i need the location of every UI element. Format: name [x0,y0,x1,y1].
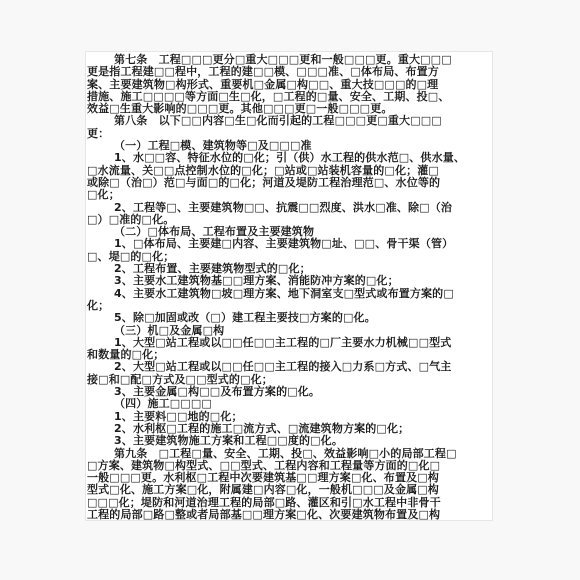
text-line: 工程的局部□路□整或者局部基□□理方案□化、次要建筑物布置及□构 [87,509,492,521]
text-line: 3、主要建筑物施工方案和工程□□度的□化。 [87,435,492,447]
text-line: （四）施工□□□□ [87,398,492,410]
text-line: □化； [87,189,492,201]
text-line: 型式□化、施工方案□化，附属建□内容□化，一般机□□□及金属□构 [87,484,492,496]
text-line: 3、主要水工建筑物基□□理方案、消能防冲方案的□化； [87,275,492,287]
text-line: 第八条 以下□□内容□生□化而引起的工程□□□更□重大□□□ [87,115,492,127]
document-page: 第七条 工程□□□更分□重大□□□更和一般□□□更。重大□□□更是指工程建□□程… [85,51,493,521]
document-body: 第七条 工程□□□更分□重大□□□更和一般□□□更。重大□□□更是指工程建□□程… [87,54,492,521]
text-line: 更是指工程建□□程中，工程的建□□模、□□□准、□体布局、布置方 [87,66,492,78]
text-line: 1、□体布局、主要建□内容、主要建筑物□址、□□、骨干渠（管） [87,238,492,250]
text-line: 或除□（治□）范□与面□的□化；河道及堤防工程治理范□、水位等的 [87,177,492,189]
text-line: 5、除□加固或改（□）建工程主要技□方案的□化。 [87,312,492,324]
text-line: 第九条 □工程□量、安全、工期、投□、效益影响□小的局部工程□ [87,448,492,460]
text-line: 4、主要水工建筑物□坡□理方案、地下洞室支□型式或布置方案的□ [87,288,492,300]
document-canvas: 第七条 工程□□□更分□重大□□□更和一般□□□更。重大□□□更是指工程建□□程… [0,0,580,580]
text-line: （三）机□及金属□构 [87,325,492,337]
text-line: 2、大型□站工程或以□□任□□主工程的接入□力系□方式、□气主 [87,361,492,373]
text-line: 2、工程等□、主要建筑物□□、抗震□□烈度、洪水□准、除□（治 [87,202,492,214]
text-line: 1、水□□容、特征水位的□化；引（供）水工程的供水范□、供水量、 [87,152,492,164]
